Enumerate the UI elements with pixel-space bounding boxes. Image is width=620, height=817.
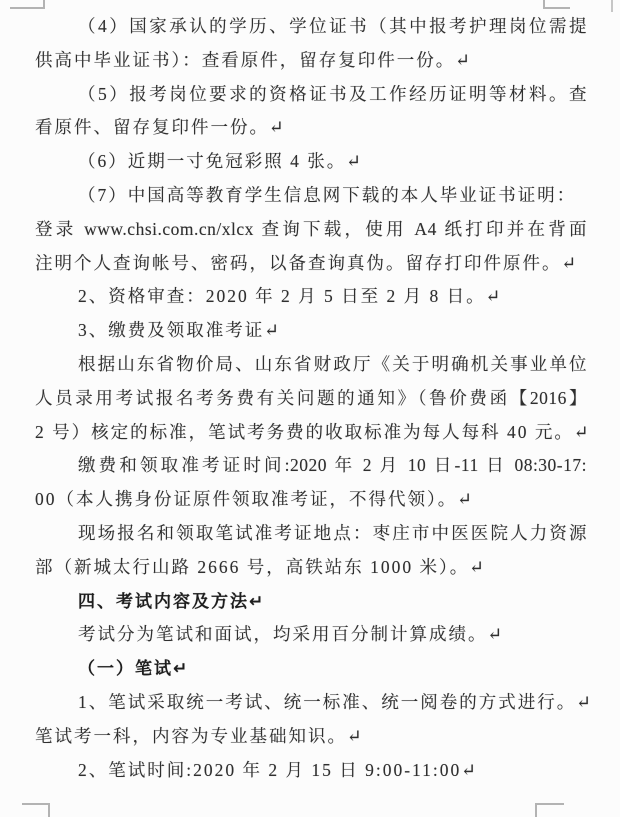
text-line: 1、笔试采取统一考试、统一标准、统一阅卷的方式进行。↵	[35, 686, 587, 720]
text-line: （5）报考岗位要求的资格证书及工作经历证明等材料。查	[35, 78, 587, 112]
text-line: 根据山东省物价局、山东省财政厅《关于明确机关事业单位	[35, 348, 587, 382]
document-page: （4）国家承认的学历、学位证书（其中报考护理岗位需提 供高中毕业证书）：查看原件…	[0, 0, 620, 817]
text-line: 考试分为笔试和面试，均采用百分制计算成绩。↵	[35, 618, 587, 652]
text-line: 3、缴费及领取准考证↵	[35, 314, 587, 348]
section-heading: （一）笔试↵	[35, 652, 587, 686]
text-line: 人员录用考试报名考务费有关问题的通知》（鲁价费函【2016】	[35, 382, 587, 416]
text-line: 00（本人携身份证原件领取准考证，不得代领）。↵	[35, 483, 587, 517]
crop-mark-top-left-icon	[10, 0, 45, 9]
document-text: （4）国家承认的学历、学位证书（其中报考护理岗位需提 供高中毕业证书）：查看原件…	[35, 10, 587, 787]
text-line: （4）国家承认的学历、学位证书（其中报考护理岗位需提	[35, 10, 587, 44]
crop-mark-top-right-icon	[543, 0, 570, 9]
crop-mark-bottom-left-icon	[22, 803, 50, 817]
page-edge-mark	[611, 0, 613, 12]
text-line: 看原件、留存复印件一份。↵	[35, 111, 587, 145]
text-line: 登录 www.chsi.com.cn/xlcx 查询下载，使用 A4 纸打印并在…	[35, 213, 587, 247]
text-line: 部（新城太行山路 2666 号，高铁站东 1000 米）。↵	[35, 551, 587, 585]
text-line: （7）中国高等教育学生信息网下载的本人毕业证书证明：	[35, 179, 587, 213]
crop-mark-bottom-right-icon	[535, 803, 564, 817]
text-line: 2 号）核定的标准，笔试考务费的收取标准为每人每科 40 元。↵	[35, 416, 587, 450]
text-line: 笔试考一科，内容为专业基础知识。↵	[35, 720, 587, 754]
text-line: 2、资格审查：2020 年 2 月 5 日至 2 月 8 日。↵	[35, 280, 587, 314]
section-heading: 四、考试内容及方法↵	[35, 585, 587, 619]
text-line: 注明个人查询帐号、密码，以备查询真伪。留存打印件原件。↵	[35, 247, 587, 281]
text-line: 缴费和领取准考证时间:2020 年 2 月 10 日-11 日 08:30-17…	[35, 449, 587, 483]
text-line: 供高中毕业证书）：查看原件，留存复印件一份。↵	[35, 44, 587, 78]
text-line: （6）近期一寸免冠彩照 4 张。↵	[35, 145, 587, 179]
text-line: 现场报名和领取笔试准考证地点：枣庄市中医医院人力资源	[35, 517, 587, 551]
text-line: 2、笔试时间:2020 年 2 月 15 日 9:00-11:00↵	[35, 754, 587, 788]
